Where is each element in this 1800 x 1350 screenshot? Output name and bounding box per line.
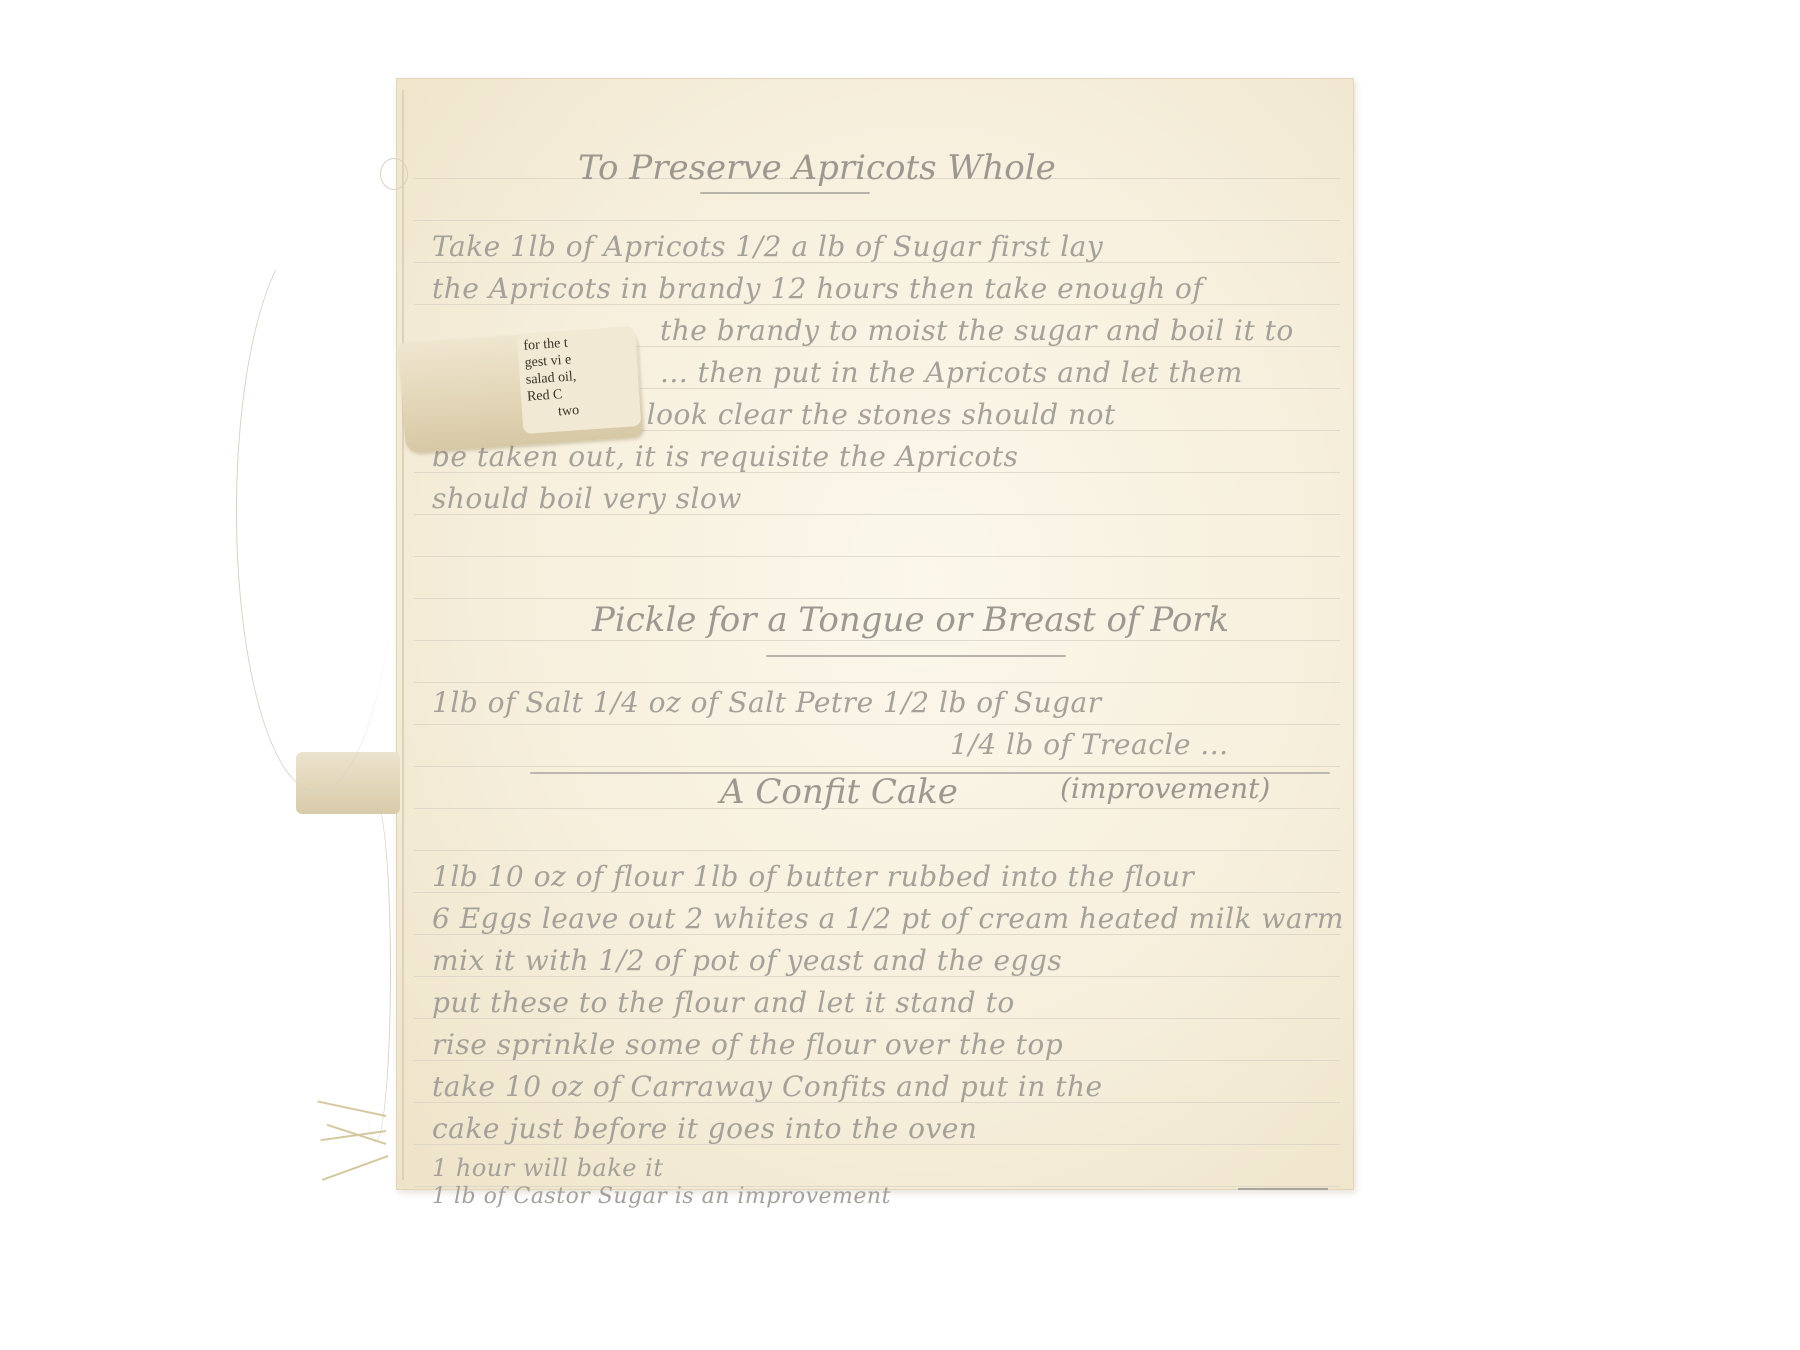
binding-thread	[236, 230, 397, 792]
recipe-line: Take 1lb of Apricots 1/2 a lb of Sugar f…	[432, 230, 1103, 263]
recipe-line: 1 hour will bake it	[432, 1154, 663, 1182]
recipe-title-apricots: To Preserve Apricots Whole	[578, 148, 1056, 188]
recipe-line: cake just before it goes into the oven	[432, 1112, 977, 1145]
recipe-line: mix it with 1/2 of pot of yeast and the …	[432, 944, 1062, 977]
recipe-line: 1lb of Salt 1/4 oz of Salt Petre 1/2 lb …	[432, 686, 1102, 719]
ruled-line	[414, 850, 1340, 851]
ruled-line	[414, 640, 1340, 641]
ruled-line	[414, 724, 1340, 725]
ruled-line	[414, 682, 1340, 683]
recipe-line: the brandy to moist the sugar and boil i…	[660, 314, 1294, 347]
recipe-line: 1lb 10 oz of flour 1lb of butter rubbed …	[432, 860, 1194, 893]
ruled-line	[414, 598, 1340, 599]
newspaper-clipping: for the t gest vi e salad oil, Red C two	[517, 326, 642, 434]
recipe-line: put these to the flour and let it stand …	[432, 986, 1015, 1019]
recipe-line: take 10 oz of Carraway Confits and put i…	[432, 1070, 1103, 1103]
title-underline	[700, 192, 870, 194]
recipe-line: 1/4 lb of Treacle ...	[950, 728, 1229, 761]
title-underline	[766, 655, 1066, 657]
ruled-line	[414, 220, 1340, 221]
recipe-annotation: (improvement)	[1060, 772, 1270, 805]
thread-loop	[380, 158, 408, 190]
recipe-line: ... then put in the Apricots and let the…	[660, 356, 1243, 389]
recipe-title-confit-cake: A Confit Cake	[720, 772, 958, 812]
recipe-line: the Apricots in brandy 12 hours then tak…	[432, 272, 1203, 305]
ruled-line	[414, 556, 1340, 557]
recipe-line: 1 lb of Castor Sugar is an improvement	[432, 1184, 891, 1209]
thread-knot	[316, 1095, 396, 1185]
recipe-line: rise sprinkle some of the flour over the…	[432, 1028, 1063, 1061]
page-margin-edge	[402, 90, 404, 1180]
end-stroke	[1238, 1188, 1328, 1190]
recipe-line: 6 Eggs leave out 2 whites a 1/2 pt of cr…	[432, 902, 1344, 935]
binding-thread	[360, 800, 391, 1142]
recipe-line: should boil very slow	[432, 482, 742, 515]
recipe-title-pickle: Pickle for a Tongue or Breast of Pork	[592, 600, 1229, 640]
ruled-line	[414, 766, 1340, 767]
